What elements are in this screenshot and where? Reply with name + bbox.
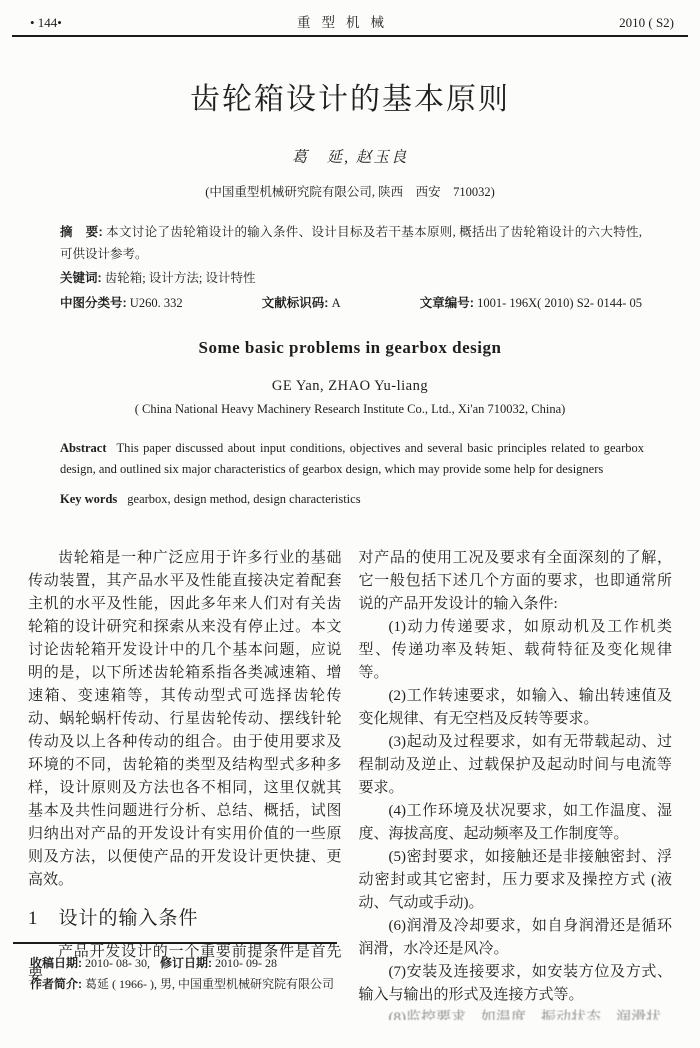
requirement-item: (1)动力传递要求，如原动机及工作机类型、传递功率及转矩、载荷特征及变化规律等。 bbox=[359, 616, 673, 685]
keywords-en-label: Key words bbox=[60, 492, 117, 506]
authors-en: GE Yan, ZHAO Yu-liang bbox=[0, 378, 700, 395]
header-rule bbox=[12, 35, 688, 37]
abstract-cn-label: 摘 要: bbox=[60, 225, 103, 239]
article-title-cn: 齿轮箱设计的基本原则 bbox=[0, 74, 700, 118]
affiliation-en: ( China National Heavy Machinery Researc… bbox=[0, 402, 700, 417]
affiliation-cn: (中国重型机械研究院有限公司, 陕西 西安 710032) bbox=[0, 182, 700, 200]
abstract-en-text: This paper discussed about input conditi… bbox=[60, 441, 644, 476]
keywords-cn-label: 关键词: bbox=[60, 271, 102, 285]
author-bio-line: 作者简介: 葛延 ( 1966- ), 男, 中国重型机械研究院有限公司 bbox=[13, 974, 337, 995]
authors-cn: 葛 延, 赵玉良 bbox=[0, 145, 700, 167]
requirement-item: (6)润滑及冷却要求，如自身润滑还是循环润滑，水冷还是风冷。 bbox=[359, 915, 673, 961]
keywords-cn: 关键词: 齿轮箱; 设计方法; 设计特性 bbox=[60, 267, 642, 289]
keywords-cn-text: 齿轮箱; 设计方法; 设计特性 bbox=[105, 271, 256, 285]
abstract-en-label: Abstract bbox=[60, 441, 107, 455]
keywords-en: Key wordsgearbox, design method, design … bbox=[60, 489, 644, 510]
article-title-en: Some basic problems in gearbox design bbox=[0, 338, 700, 358]
abstract-en: AbstractThis paper discussed about input… bbox=[60, 438, 644, 480]
running-header: • 144• 重型机械 2010 ( S2) bbox=[30, 11, 674, 31]
right-column: 对产品的使用工况及要求有全面深刻的了解，它一般包括下述几个方面的要求，也即通常所… bbox=[359, 547, 673, 1020]
header-page-number: • 144• bbox=[30, 15, 62, 31]
footnote-block: 收稿日期: 2010- 08- 30,修订日期: 2010- 09- 28 作者… bbox=[13, 942, 337, 995]
footnote-rule bbox=[13, 942, 337, 944]
requirement-item: (5)密封要求，如接触还是非接触密封、浮动密封或其它密封，压力要求及操控方式 (… bbox=[359, 846, 673, 915]
requirement-item: (7)安装及连接要求，如安装方位及方式、输入与输出的形式及连接方式等。 bbox=[359, 961, 673, 1007]
requirement-item: (4)工作环境及状况要求，如工作温度、湿度、海拔高度、起动频率及工作制度等。 bbox=[359, 800, 673, 846]
abstract-cn-text: 本文讨论了齿轮箱设计的输入条件、设计目标及若干基本原则, 概括出了齿轮箱设计的六… bbox=[60, 225, 642, 261]
document-code: 文献标识码: A bbox=[262, 292, 341, 314]
clipped-line-wrapper: (8)监控要求，如温度、振动状态、润滑状 bbox=[359, 1007, 673, 1020]
abstract-block-cn: 摘 要: 本文讨论了齿轮箱设计的输入条件、设计目标及若干基本原则, 概括出了齿轮… bbox=[60, 221, 642, 314]
abstract-block-en: AbstractThis paper discussed about input… bbox=[60, 438, 644, 510]
article-number: 文章编号: 1001- 196X( 2010) S2- 0144- 05 bbox=[420, 292, 642, 314]
header-issue: 2010 ( S2) bbox=[619, 15, 674, 31]
keywords-en-text: gearbox, design method, design character… bbox=[127, 492, 360, 506]
section-1-heading: 1 设计的输入条件 bbox=[28, 907, 342, 930]
body-paragraph: 对产品的使用工况及要求有全面深刻的了解，它一般包括下述几个方面的要求，也即通常所… bbox=[359, 547, 673, 616]
requirement-item: (3)起动及过程要求，如有无带载起动、过程制动及逆止、过载保护及起动时间与电流等… bbox=[359, 731, 673, 800]
journal-page: • 144• 重型机械 2010 ( S2) 齿轮箱设计的基本原则 葛 延, 赵… bbox=[0, 0, 700, 1048]
abstract-cn: 摘 要: 本文讨论了齿轮箱设计的输入条件、设计目标及若干基本原则, 概括出了齿轮… bbox=[60, 221, 642, 265]
dates-line: 收稿日期: 2010- 08- 30,修订日期: 2010- 09- 28 bbox=[13, 953, 337, 974]
requirement-item: (8)监控要求，如温度、振动状态、润滑状 bbox=[359, 1007, 673, 1020]
clc-number: 中图分类号: U260. 332 bbox=[60, 292, 183, 314]
body-paragraph: 齿轮箱是一种广泛应用于许多行业的基础传动装置，其产品水平及性能直接决定着配套主机… bbox=[28, 547, 342, 892]
header-journal-name: 重型机械 bbox=[286, 11, 395, 31]
meta-line: 中图分类号: U260. 332 文献标识码: A 文章编号: 1001- 19… bbox=[60, 292, 642, 314]
requirement-item: (2)工作转速要求，如输入、输出转速值及变化规律、有无空档及反转等要求。 bbox=[359, 685, 673, 731]
